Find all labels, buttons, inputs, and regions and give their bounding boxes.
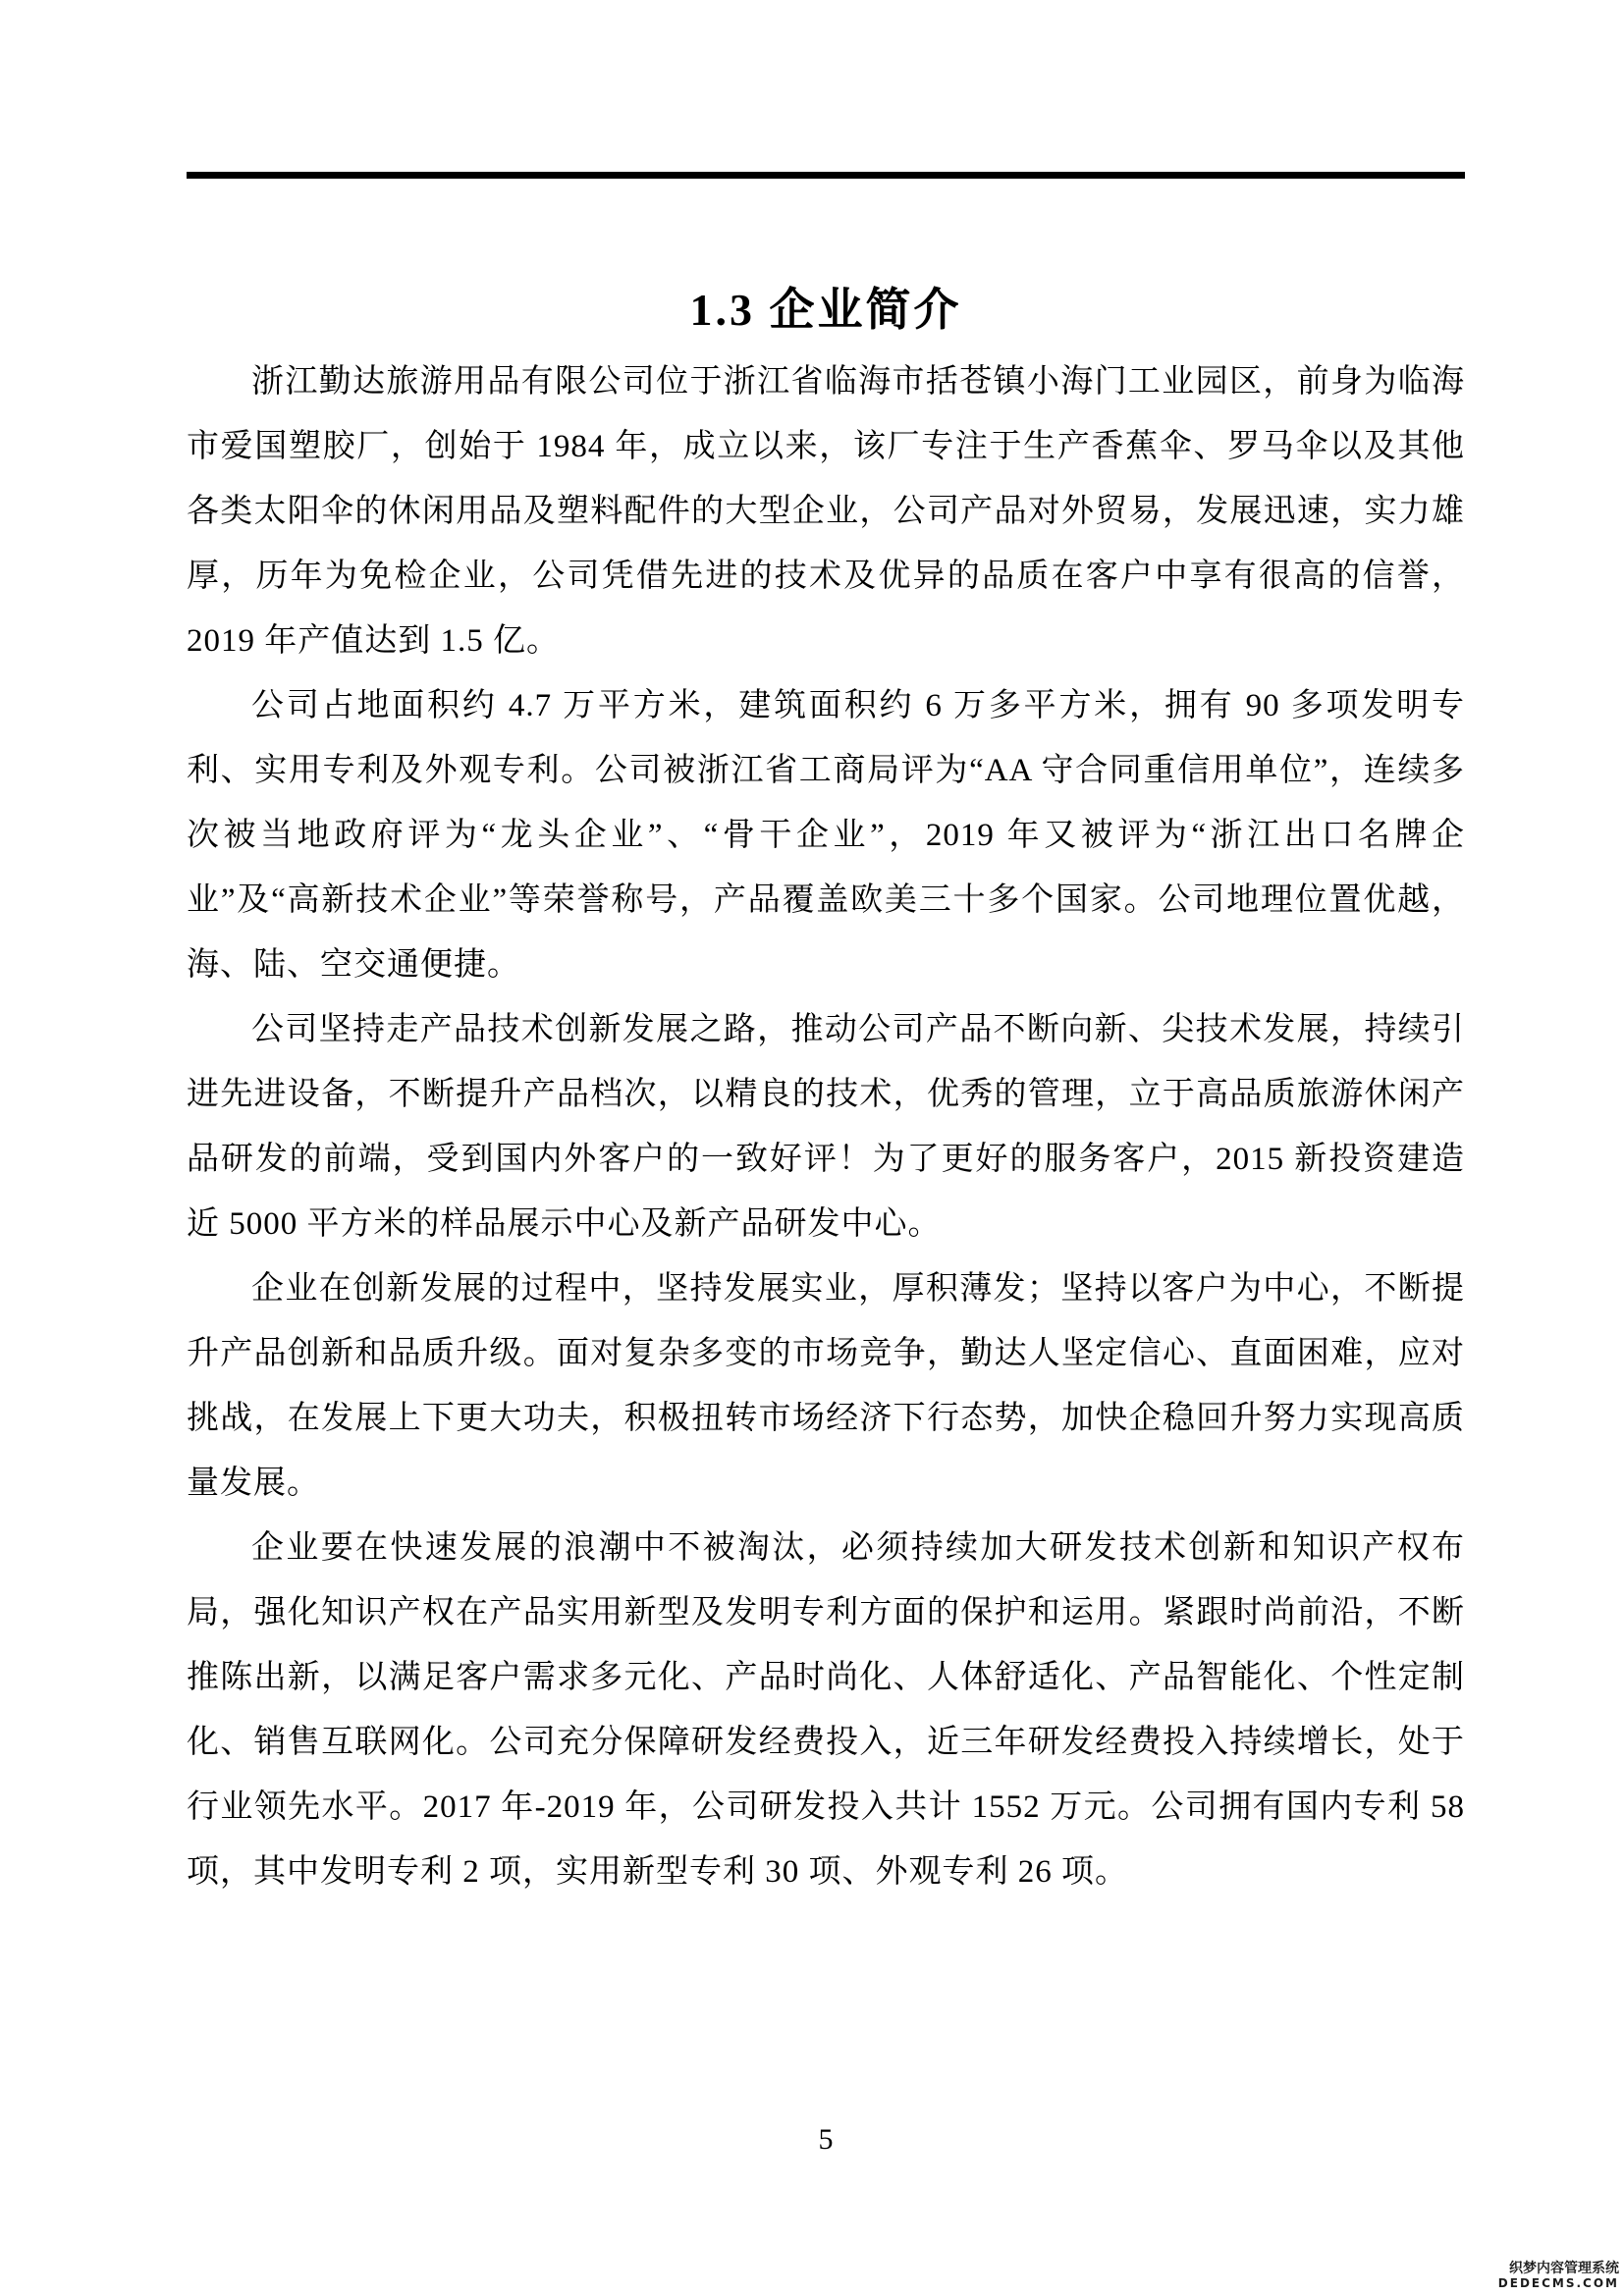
body-paragraph: 浙江勤达旅游用品有限公司位于浙江省临海市括苍镇小海门工业园区，前身为临海市爱国塑…: [187, 349, 1465, 673]
document-page: 1.3 企业简介 浙江勤达旅游用品有限公司位于浙江省临海市括苍镇小海门工业园区，…: [0, 0, 1624, 2296]
watermark-line-cn: 织梦内容管理系统: [1498, 2262, 1619, 2276]
watermark: 织梦内容管理系统 DEDECMS.COM: [1498, 2262, 1619, 2290]
body-paragraph: 企业要在快速发展的浪潮中不被淘汰，必须持续加大研发技术创新和知识产权布局，强化知…: [187, 1516, 1465, 1904]
header-rule: [187, 172, 1465, 179]
page-number: 5: [187, 2120, 1465, 2160]
body-paragraph: 公司坚持走产品技术创新发展之路，推动公司产品不断向新、尖技术发展，持续引进先进设…: [187, 997, 1465, 1256]
body-paragraph: 企业在创新发展的过程中，坚持发展实业，厚积薄发；坚持以客户为中心，不断提升产品创…: [187, 1256, 1465, 1516]
body-paragraph: 公司占地面积约 4.7 万平方米，建筑面积约 6 万多平方米，拥有 90 多项发…: [187, 673, 1465, 997]
watermark-line-domain: DEDECMS.COM: [1498, 2276, 1619, 2290]
body-text: 浙江勤达旅游用品有限公司位于浙江省临海市括苍镇小海门工业园区，前身为临海市爱国塑…: [187, 349, 1465, 1904]
section-heading: 1.3 企业简介: [187, 278, 1465, 343]
